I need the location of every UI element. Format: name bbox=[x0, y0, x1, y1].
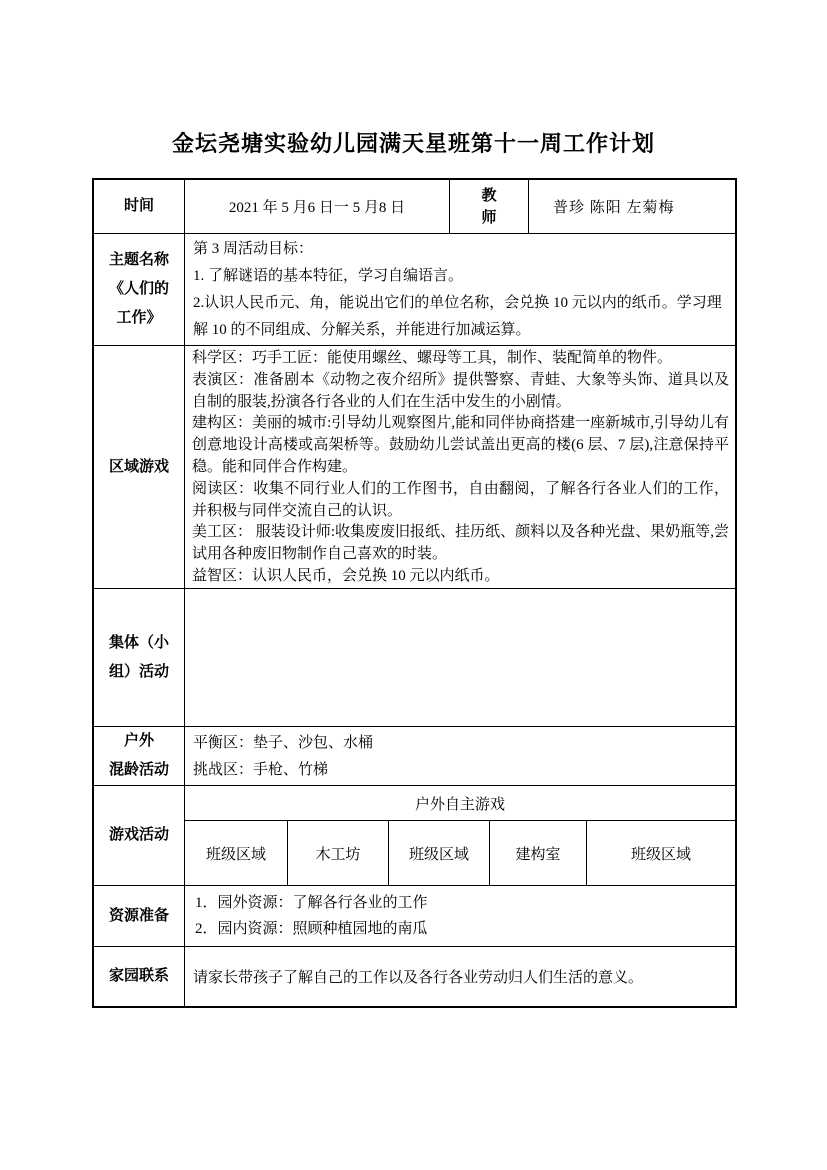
game-cell-2: 木工坊 bbox=[288, 821, 389, 885]
theme-label-line2: 《人们的 bbox=[109, 275, 169, 304]
game-cell-5: 班级区域 bbox=[587, 821, 735, 885]
region-games-content: 科学区：巧手工匠：能使用螺丝、螺母等工具，制作、装配简单的物件。 表演区：准备剧… bbox=[185, 346, 735, 588]
outdoor-label-line2: 混龄活动 bbox=[109, 756, 169, 785]
teacher-label: 教 师 bbox=[450, 180, 529, 233]
game-header: 户外自主游戏 bbox=[185, 786, 735, 821]
region-art: 美工区： 服装设计师:收集废废旧报纸、挂历纸、颜料以及各种光盘、果奶瓶等,尝试用… bbox=[192, 522, 729, 566]
theme-label-line3: 工作》 bbox=[116, 304, 161, 333]
theme-label-line1: 主题名称 bbox=[109, 246, 169, 275]
region-reading: 阅读区：收集不同行业人们的工作图书，自由翻阅，了解各行各业人们的工作，并积极与同… bbox=[192, 479, 729, 523]
outdoor-content: 平衡区：垫子、沙包、水桶 挑战区：手枪、竹梯 bbox=[185, 727, 735, 785]
game-cell-3: 班级区域 bbox=[389, 821, 490, 885]
theme-label: 主题名称 《人们的 工作》 bbox=[94, 234, 185, 345]
home-label: 家园联系 bbox=[94, 947, 185, 1006]
region-performance: 表演区：准备剧本《动物之夜介绍所》提供警察、青蛙、大象等头饰、道具以及自制的服装… bbox=[192, 370, 729, 414]
resource-outside: 1．园外资源：了解各行各业的工作 bbox=[195, 890, 727, 916]
theme-goal-1: 1. 了解谜语的基本特征，学习自编语言。 bbox=[193, 263, 727, 290]
home-content: 请家长带孩子了解自己的工作以及各行各业劳动归人们生活的意义。 bbox=[185, 947, 735, 1006]
page-title: 金坛尧塘实验幼儿园满天星班第十一周工作计划 bbox=[0, 127, 827, 158]
collective-label-line1: 集体（小 bbox=[109, 629, 169, 658]
outdoor-balance-zone: 平衡区：垫子、沙包、水桶 bbox=[193, 730, 727, 757]
table-row-resource: 资源准备 1．园外资源：了解各行各业的工作 2．园内资源：照顾种植园地的南瓜 bbox=[94, 886, 735, 947]
table-row-time: 时间 2021 年 5 月6 日一 5 月8 日 教 师 普珍 陈阳 左菊梅 bbox=[94, 180, 735, 234]
collective-label: 集体（小 组）活动 bbox=[94, 589, 185, 726]
resource-label: 资源准备 bbox=[94, 886, 185, 946]
teacher-label-line1: 教 bbox=[481, 185, 496, 207]
table-row-region-games: 区域游戏 科学区：巧手工匠：能使用螺丝、螺母等工具，制作、装配简单的物件。 表演… bbox=[94, 346, 735, 589]
weekly-plan-table: 时间 2021 年 5 月6 日一 5 月8 日 教 师 普珍 陈阳 左菊梅 主… bbox=[92, 178, 737, 1008]
collective-content bbox=[185, 589, 735, 726]
collective-label-line2: 组）活动 bbox=[109, 658, 169, 687]
date-range: 2021 年 5 月6 日一 5 月8 日 bbox=[185, 180, 450, 233]
table-row-collective: 集体（小 组）活动 bbox=[94, 589, 735, 727]
outdoor-label: 户外 混龄活动 bbox=[94, 727, 185, 785]
teacher-names: 普珍 陈阳 左菊梅 bbox=[529, 180, 735, 233]
table-row-home: 家园联系 请家长带孩子了解自己的工作以及各行各业劳动归人们生活的意义。 bbox=[94, 947, 735, 1006]
outdoor-label-line1: 户外 bbox=[124, 727, 154, 756]
resource-content: 1．园外资源：了解各行各业的工作 2．园内资源：照顾种植园地的南瓜 bbox=[185, 886, 735, 946]
game-cell-1: 班级区域 bbox=[185, 821, 288, 885]
teacher-label-line2: 师 bbox=[481, 207, 496, 229]
outdoor-challenge-zone: 挑战区：手枪、竹梯 bbox=[193, 757, 727, 784]
game-label: 游戏活动 bbox=[94, 786, 185, 885]
table-row-theme: 主题名称 《人们的 工作》 第 3 周活动目标： 1. 了解谜语的基本特征，学习… bbox=[94, 234, 735, 346]
region-games-label: 区域游戏 bbox=[94, 346, 185, 588]
theme-content: 第 3 周活动目标： 1. 了解谜语的基本特征，学习自编语言。 2.认识人民币元… bbox=[185, 234, 735, 345]
region-puzzle: 益智区：认识人民币，会兑换 10 元以内纸币。 bbox=[192, 566, 729, 588]
theme-goal-2: 2.认识人民币元、角，能说出它们的单位名称，会兑换 10 元以内的纸币。学习理解… bbox=[193, 290, 727, 344]
theme-goal-heading: 第 3 周活动目标： bbox=[193, 236, 727, 263]
table-row-game: 游戏活动 户外自主游戏 班级区域 木工坊 班级区域 建构室 班级区域 bbox=[94, 786, 735, 886]
game-content: 户外自主游戏 班级区域 木工坊 班级区域 建构室 班级区域 bbox=[185, 786, 735, 885]
game-cells: 班级区域 木工坊 班级区域 建构室 班级区域 bbox=[185, 821, 735, 885]
game-cell-4: 建构室 bbox=[490, 821, 587, 885]
region-science: 科学区：巧手工匠：能使用螺丝、螺母等工具，制作、装配简单的物件。 bbox=[192, 348, 729, 370]
resource-inside: 2．园内资源：照顾种植园地的南瓜 bbox=[195, 916, 727, 942]
time-label: 时间 bbox=[94, 180, 185, 233]
region-construction: 建构区：美丽的城市:引导幼儿观察图片,能和同伴协商搭建一座新城市,引导幼儿有创意… bbox=[192, 413, 729, 478]
table-row-outdoor: 户外 混龄活动 平衡区：垫子、沙包、水桶 挑战区：手枪、竹梯 bbox=[94, 727, 735, 786]
